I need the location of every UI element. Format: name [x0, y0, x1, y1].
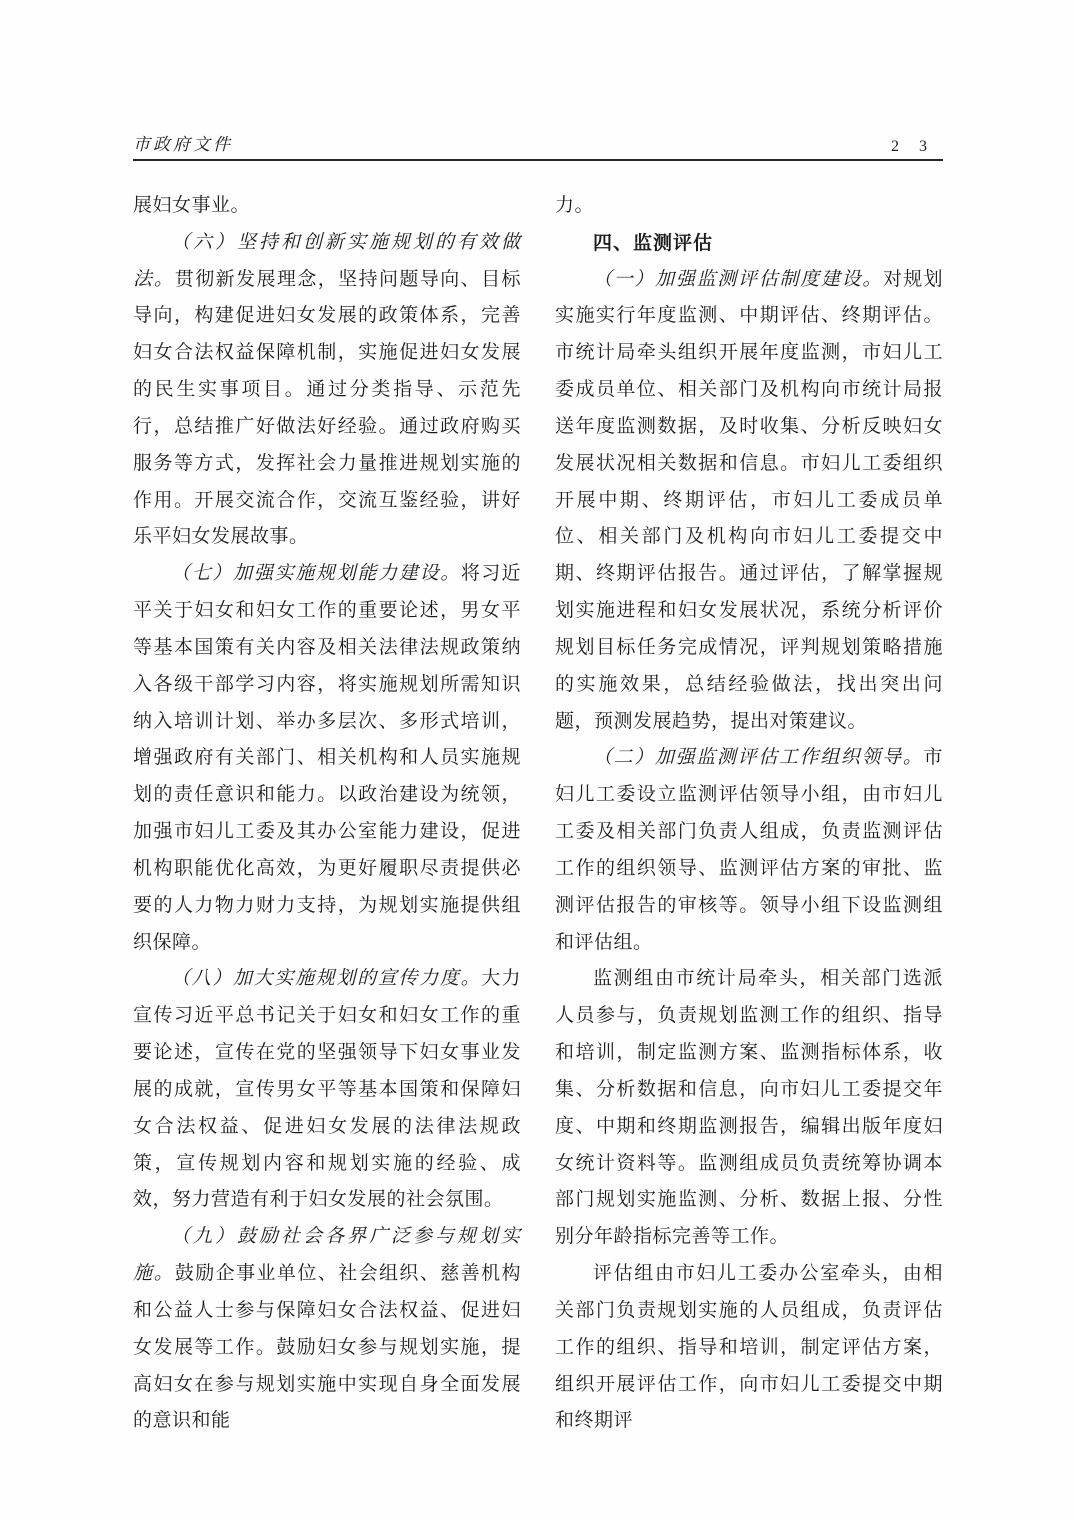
paragraph-lead: （二）加强监测评估工作组织领导。 [593, 747, 923, 768]
paragraph-text: 对规划实施实行年度监测、中期评估、终期评估。市统计局牵头组织开展年度监测，市妇儿… [555, 269, 943, 732]
paragraph-text: 贯彻新发展理念，坚持问题导向、目标导向，构建促进妇女发展的政策体系，完善妇女合法… [133, 269, 521, 548]
page-header: 市政府文件 2 3 [133, 130, 943, 161]
paragraph-lead: （七）加强实施规划能力建设。 [171, 563, 461, 584]
page-number: 2 3 [891, 139, 935, 155]
paragraph: （八）加大实施规划的宣传力度。大力宣传习近平总书记关于妇女和妇女工作的重要论述，… [133, 961, 521, 1219]
paragraph: （六）坚持和创新实施规划的有效做法。贯彻新发展理念，坚持问题导向、目标导向，构建… [133, 225, 521, 556]
paragraph-text: 鼓励企事业单位、社会组织、慈善机构和公益人士参与保障妇女合法权益、促进妇女发展等… [133, 1263, 521, 1431]
text-columns: 展妇女事业。 （六）坚持和创新实施规划的有效做法。贯彻新发展理念，坚持问题导向、… [133, 188, 943, 1440]
paragraph: 监测组由市统计局牵头，相关部门选派人员参与，负责规划监测工作的组织、指导和培训，… [555, 961, 943, 1256]
left-column: 展妇女事业。 （六）坚持和创新实施规划的有效做法。贯彻新发展理念，坚持问题导向、… [133, 188, 521, 1440]
paragraph-text: 将习近平关于妇女和妇女工作的重要论述，男女平等基本国策有关内容及相关法律法规政策… [133, 563, 521, 952]
right-column: 力。 四、监测评估 （一）加强监测评估制度建设。对规划实施实行年度监测、中期评估… [555, 188, 943, 1440]
paragraph: （一）加强监测评估制度建设。对规划实施实行年度监测、中期评估、终期评估。市统计局… [555, 262, 943, 741]
section-heading: 四、监测评估 [555, 225, 943, 262]
paragraph-continuation: 展妇女事业。 [133, 188, 521, 225]
paragraph-text: 大力宣传习近平总书记关于妇女和妇女工作的重要论述，宣传在党的坚强领导下妇女事业发… [133, 968, 521, 1210]
paragraph: （七）加强实施规划能力建设。将习近平关于妇女和妇女工作的重要论述，男女平等基本国… [133, 556, 521, 961]
paragraph-text: 评估组由市妇儿工委办公室牵头，由相关部门负责规划实施的人员组成，负责评估工作的组… [555, 1263, 943, 1431]
paragraph-text: 监测组由市统计局牵头，相关部门选派人员参与，负责规划监测工作的组织、指导和培训，… [555, 968, 943, 1247]
paragraph-continuation: 力。 [555, 188, 943, 225]
document-page: 市政府文件 2 3 展妇女事业。 （六）坚持和创新实施规划的有效做法。贯彻新发展… [0, 0, 1074, 1520]
paragraph-lead: （一）加强监测评估制度建设。 [593, 269, 883, 290]
paragraph-text: 力。 [555, 195, 594, 216]
paragraph: （九）鼓励社会各界广泛参与规划实施。鼓励企事业单位、社会组织、慈善机构和公益人士… [133, 1219, 521, 1440]
paragraph: （二）加强监测评估工作组织领导。市妇儿工委设立监测评估领导小组，由市妇儿工委及相… [555, 740, 943, 961]
paragraph-lead: （八）加大实施规划的宣传力度。 [171, 968, 481, 989]
paragraph-text: 市妇儿工委设立监测评估领导小组，由市妇儿工委及相关部门负责人组成，负责监测评估工… [555, 747, 943, 952]
paragraph-text: 展妇女事业。 [133, 195, 250, 216]
header-title: 市政府文件 [133, 130, 233, 155]
paragraph: 评估组由市妇儿工委办公室牵头，由相关部门负责规划实施的人员组成，负责评估工作的组… [555, 1256, 943, 1440]
